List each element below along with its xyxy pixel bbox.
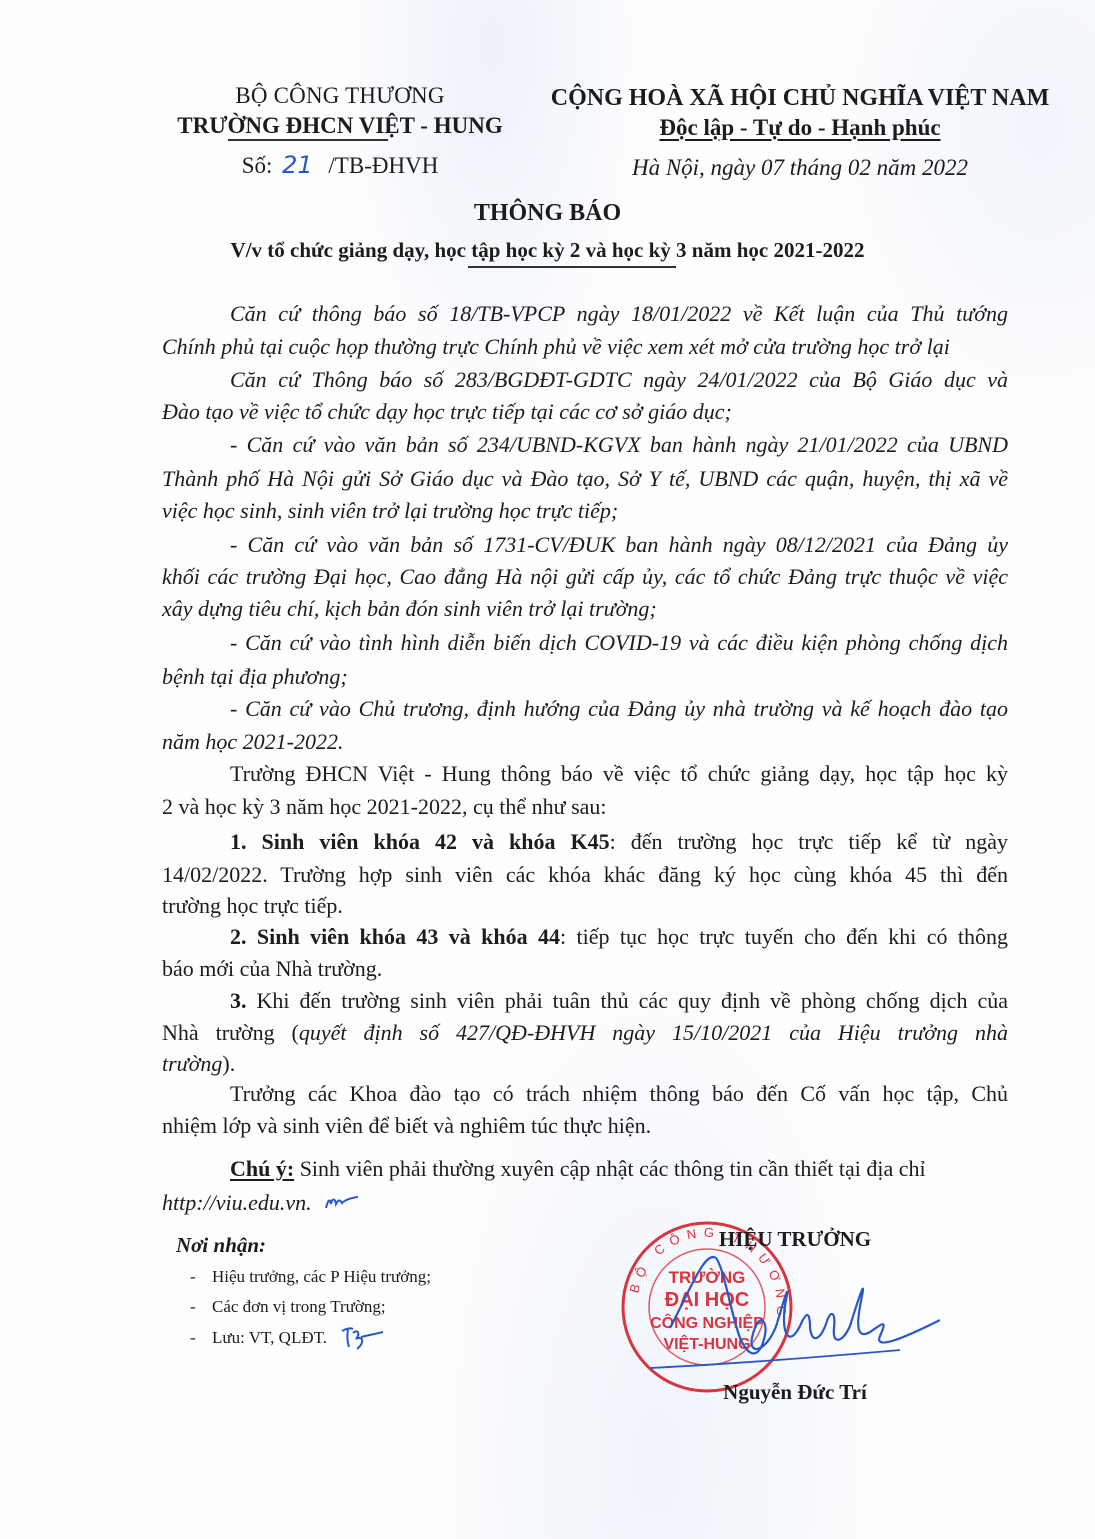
legal-basis-5-continuation: bệnh tại địa phương; xyxy=(162,664,1008,690)
notice-label: Chú ý: xyxy=(230,1156,294,1181)
item-2: 2. Sinh viên khóa 43 và khóa 44: tiếp tụ… xyxy=(162,924,1008,950)
recipient-text: Hiệu trưởng, các P Hiệu trưởng; xyxy=(212,1267,431,1286)
notice: Chú ý: Sinh viên phải thường xuyên cập n… xyxy=(162,1156,1008,1182)
intro-line-1: Trường ĐHCN Việt - Hung thông báo về việ… xyxy=(162,761,1008,787)
item-1: 1. Sinh viên khóa 42 và khóa K45: đến tr… xyxy=(162,829,1008,855)
document-subtitle: V/v tổ chức giảng dạy, học tập học kỳ 2 … xyxy=(0,238,1095,263)
national-motto: Độc lập - Tự do - Hạnh phúc xyxy=(540,115,1060,141)
legal-basis-1-continuation: Chính phủ tại cuộc họp thường trực Chính… xyxy=(162,334,1008,360)
initials-handwritten-icon xyxy=(324,1194,360,1215)
signature-icon xyxy=(650,1240,940,1380)
item-3-line-3-plain: ). xyxy=(222,1051,235,1076)
item-2-heading: 2. Sinh viên khóa 43 và khóa 44 xyxy=(230,924,560,949)
doc-number-suffix: /TB-ĐHVH xyxy=(328,153,438,178)
intro-line-2: 2 và học kỳ 3 năm học 2021-2022, cụ thể … xyxy=(162,794,1008,820)
doc-number-prefix: Số: xyxy=(242,153,273,178)
dateline: Hà Nội, ngày 07 tháng 02 năm 2022 xyxy=(540,155,1060,181)
item-3-heading: 3. xyxy=(230,988,247,1013)
recipients-title: Nơi nhận: xyxy=(176,1233,266,1258)
document-title: THÔNG BÁO xyxy=(0,200,1095,227)
legal-basis-5: - Căn cứ vào tình hình diễn biến dịch CO… xyxy=(162,630,1008,656)
notice-text: Sinh viên phải thường xuyên cập nhật các… xyxy=(294,1156,925,1181)
item-1-line-3: trường học trực tiếp. xyxy=(162,893,1008,919)
notice-url-line: http://viu.edu.vn. xyxy=(162,1190,1008,1216)
legal-basis-6: - Căn cứ vào Chủ trương, định hướng của … xyxy=(162,696,1008,722)
item-3-decision-ref: quyết định số 427/QĐ-ĐHVH ngày 15/10/202… xyxy=(299,1020,1008,1045)
signer-name: Nguyễn Đức Trí xyxy=(700,1380,890,1405)
legal-basis-2-continuation: Đào tạo về việc tổ chức dạy học trực tiế… xyxy=(162,399,1008,425)
item-1-heading: 1. Sinh viên khóa 42 và khóa K45 xyxy=(230,829,610,854)
document-number: Số: 21 /TB-ĐHVH xyxy=(150,151,530,179)
item-1-text: : đến trường học trực tiếp kể từ ngày xyxy=(610,829,1008,854)
legal-basis-4-continuation: xây dựng tiêu chí, kịch bản đón sinh viê… xyxy=(162,596,1008,622)
legal-basis-6-continuation: năm học 2021-2022. xyxy=(162,729,1008,755)
header-divider-left xyxy=(228,139,388,141)
item-3: 3. Khi đến trường sinh viên phải tuân th… xyxy=(162,988,1008,1014)
ministry-name: BỘ CÔNG THƯƠNG xyxy=(150,83,530,109)
item-3-line-2: Nhà trường (quyết định số 427/QĐ-ĐHVH ng… xyxy=(162,1020,1008,1046)
recipient-item: -Lưu: VT, QLĐT. xyxy=(190,1325,385,1351)
legal-basis-3: - Căn cứ vào văn bản số 234/UBND-KGVX ba… xyxy=(162,432,1008,458)
item-3-line-2-plain: Nhà trường ( xyxy=(162,1020,299,1045)
item-3-text: Khi đến trường sinh viên phải tuân thủ c… xyxy=(247,988,1009,1013)
legal-basis-3-continuation: Thành phố Hà Nội gửi Sở Giáo dục và Đào … xyxy=(162,466,1008,492)
legal-basis-2: Căn cứ Thông báo số 283/BGDĐT-GDTC ngày … xyxy=(162,367,1008,393)
legal-basis-4: - Căn cứ vào văn bản số 1731-CV/ĐUK ban … xyxy=(162,532,1008,558)
item-3-line-3-italic: trường xyxy=(162,1051,222,1076)
recipient-item: -Các đơn vị trong Trường; xyxy=(190,1297,386,1317)
nation-title: CỘNG HOÀ XÃ HỘI CHỦ NGHĨA VIỆT NAM xyxy=(540,85,1060,112)
item-3-line-3: trường). xyxy=(162,1051,1008,1077)
recipient-item: -Hiệu trưởng, các P Hiệu trưởng; xyxy=(190,1267,431,1287)
doc-number-handwritten: 21 xyxy=(278,151,323,179)
item-2-line-2: báo mới của Nhà trường. xyxy=(162,956,1008,982)
initials-handwritten-icon xyxy=(339,1325,385,1351)
recipient-text: Các đơn vị trong Trường; xyxy=(212,1297,386,1316)
item-2-text: : tiếp tục học trực tuyến cho đến khi có… xyxy=(560,924,1008,949)
subtitle-divider xyxy=(468,266,676,268)
recipient-text: Lưu: VT, QLĐT. xyxy=(212,1328,327,1347)
legal-basis-4-continuation: khối các trường Đại học, Cao đẳng Hà nội… xyxy=(162,564,1008,590)
faculty-note-line-2: nhiệm lớp và sinh viên để biết và nghiêm… xyxy=(162,1113,1008,1139)
faculty-note-line-1: Trưởng các Khoa đào tạo có trách nhiệm t… xyxy=(162,1081,1008,1107)
item-1-line-2: 14/02/2022. Trường hợp sinh viên các khó… xyxy=(162,862,1008,888)
website-link[interactable]: http://viu.edu.vn. xyxy=(162,1190,312,1215)
school-name: TRƯỜNG ĐHCN VIỆT - HUNG xyxy=(150,113,530,139)
legal-basis-3-continuation: việc học sinh, sinh viên trở lại trường … xyxy=(162,498,1008,524)
legal-basis-1: Căn cứ thông báo số 18/TB-VPCP ngày 18/0… xyxy=(162,301,1008,327)
document-page: BỘ CÔNG THƯƠNG TRƯỜNG ĐHCN VIỆT - HUNG S… xyxy=(0,0,1095,1539)
